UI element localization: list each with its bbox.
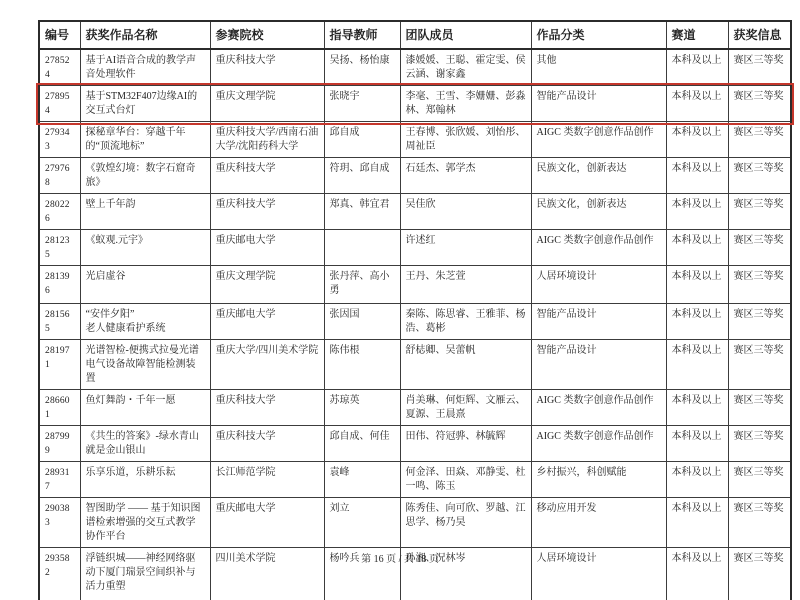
cell-track: 本科及以上	[666, 86, 728, 122]
cell-category: AIGC 类数字创意作品创作	[531, 426, 666, 462]
cell-school: 重庆邮电大学	[210, 498, 324, 548]
cell-advisor	[324, 230, 400, 266]
cell-category: AIGC 类数字创意作品创作	[531, 390, 666, 426]
cell-school: 重庆文理学院	[210, 86, 324, 122]
cell-title: 鱼灯舞韵・千年一愿	[80, 390, 210, 426]
cell-category: 民族文化，创新表达	[531, 158, 666, 194]
cell-track: 本科及以上	[666, 266, 728, 304]
table-body: 278524基于AI语音合成的教学声音处理软件重庆科技大学吴扬、杨怡康漆媛媛、王…	[39, 49, 791, 600]
cell-school: 重庆科技大学/西南石油大学/沈阳药科大学	[210, 122, 324, 158]
cell-team: 吴佳欣	[400, 194, 531, 230]
cell-award: 赛区三等奖	[728, 462, 791, 498]
header-advisor: 指导教师	[324, 21, 400, 49]
cell-award: 赛区三等奖	[728, 266, 791, 304]
cell-track: 本科及以上	[666, 462, 728, 498]
cell-advisor: 符玥、邱自成	[324, 158, 400, 194]
cell-team: 许述红	[400, 230, 531, 266]
cell-title: 光谱智检-便携式拉曼光谱电气设备故障智能检测装置	[80, 340, 210, 390]
cell-award: 赛区三等奖	[728, 426, 791, 462]
cell-title: 《蚁观.元宇》	[80, 230, 210, 266]
cell-team: 石廷杰、郭学杰	[400, 158, 531, 194]
cell-track: 本科及以上	[666, 194, 728, 230]
cell-school: 重庆科技大学	[210, 158, 324, 194]
cell-track: 本科及以上	[666, 49, 728, 86]
cell-advisor: 张晓宇	[324, 86, 400, 122]
cell-category: 人居环境设计	[531, 266, 666, 304]
cell-track: 本科及以上	[666, 304, 728, 340]
cell-school: 重庆文理学院	[210, 266, 324, 304]
cell-track: 本科及以上	[666, 340, 728, 390]
table-row: 287999《共生的答案》-绿水青山就是金山银山重庆科技大学邱自成、何佳田伟、符…	[39, 426, 791, 462]
header-track: 赛道	[666, 21, 728, 49]
cell-team: 秦陈、陈思睿、王雅菲、杨浩、葛彬	[400, 304, 531, 340]
cell-award: 赛区三等奖	[728, 122, 791, 158]
cell-advisor: 苏琼英	[324, 390, 400, 426]
table-row: 278524基于AI语音合成的教学声音处理软件重庆科技大学吴扬、杨怡康漆媛媛、王…	[39, 49, 791, 86]
cell-advisor: 袁峰	[324, 462, 400, 498]
table-row: 281971光谱智检-便携式拉曼光谱电气设备故障智能检测装置重庆大学/四川美术学…	[39, 340, 791, 390]
cell-team: 陈秀佳、向可欣、罗越、江思学、杨乃昊	[400, 498, 531, 548]
cell-team: 舒梽卿、吴蕾帆	[400, 340, 531, 390]
cell-team: 漆媛媛、王聪、霍定雯、侯云涵、谢家鑫	[400, 49, 531, 86]
cell-advisor: 陈伟根	[324, 340, 400, 390]
cell-award: 赛区三等奖	[728, 498, 791, 548]
cell-team: 李毫、王雪、李姗姗、彭淼林、郑翰林	[400, 86, 531, 122]
cell-school: 重庆邮电大学	[210, 304, 324, 340]
cell-id: 280226	[39, 194, 80, 230]
cell-award: 赛区三等奖	[728, 158, 791, 194]
cell-award: 赛区三等奖	[728, 49, 791, 86]
cell-id: 278524	[39, 49, 80, 86]
awards-table: 编号 获奖作品名称 参赛院校 指导教师 团队成员 作品分类 赛道 获奖信息 27…	[38, 20, 792, 600]
table-row: 281235《蚁观.元宇》重庆邮电大学许述红AIGC 类数字创意作品创作本科及以…	[39, 230, 791, 266]
cell-school: 重庆邮电大学	[210, 230, 324, 266]
table-row: 289317乐享乐道，乐耕乐耘长江师范学院袁峰何金泽、田焱、邓静雯、杜一鸣、陈玉…	[39, 462, 791, 498]
cell-category: 智能产品设计	[531, 340, 666, 390]
cell-title: 《敦煌幻境：数字石窟奇旅》	[80, 158, 210, 194]
cell-award: 赛区三等奖	[728, 390, 791, 426]
table-row-highlighted: 278954基于STM32F407边缘AI的交互式台灯重庆文理学院张晓宇李毫、王…	[39, 86, 791, 122]
cell-id: 289317	[39, 462, 80, 498]
cell-advisor: 邱自成、何佳	[324, 426, 400, 462]
cell-track: 本科及以上	[666, 122, 728, 158]
cell-category: 乡村振兴，科创赋能	[531, 462, 666, 498]
cell-title: 光启虚谷	[80, 266, 210, 304]
cell-id: 290383	[39, 498, 80, 548]
cell-id: 286601	[39, 390, 80, 426]
cell-category: 智能产品设计	[531, 86, 666, 122]
page-indicator: 第 16 页 / 共 18 页	[0, 550, 800, 565]
cell-title: 《共生的答案》-绿水青山就是金山银山	[80, 426, 210, 462]
cell-advisor: 邱自成	[324, 122, 400, 158]
cell-advisor: 郑真、韩宜君	[324, 194, 400, 230]
cell-team: 肖美琳、何炬辉、文雁云、夏源、王晨熹	[400, 390, 531, 426]
header-title: 获奖作品名称	[80, 21, 210, 49]
cell-award: 赛区三等奖	[728, 304, 791, 340]
document-page: 编号 获奖作品名称 参赛院校 指导教师 团队成员 作品分类 赛道 获奖信息 27…	[0, 0, 800, 600]
cell-school: 重庆科技大学	[210, 426, 324, 462]
cell-award: 赛区三等奖	[728, 340, 791, 390]
cell-team: 何金泽、田焱、邓静雯、杜一鸣、陈玉	[400, 462, 531, 498]
cell-team: 王丹、朱芝萱	[400, 266, 531, 304]
cell-school: 重庆科技大学	[210, 49, 324, 86]
cell-award: 赛区三等奖	[728, 230, 791, 266]
cell-id: 281971	[39, 340, 80, 390]
cell-title: 壁上千年韵	[80, 194, 210, 230]
table-row: 281565“安伴夕阳” 老人健康看护系统重庆邮电大学张因国秦陈、陈思睿、王雅菲…	[39, 304, 791, 340]
cell-category: 其他	[531, 49, 666, 86]
cell-advisor: 刘立	[324, 498, 400, 548]
cell-category: 智能产品设计	[531, 304, 666, 340]
cell-school: 长江师范学院	[210, 462, 324, 498]
cell-title: 基于STM32F407边缘AI的交互式台灯	[80, 86, 210, 122]
table-row: 286601鱼灯舞韵・千年一愿重庆科技大学苏琼英肖美琳、何炬辉、文雁云、夏源、王…	[39, 390, 791, 426]
cell-id: 278954	[39, 86, 80, 122]
cell-title: 探秘章华台：穿越千年的“顶流地标”	[80, 122, 210, 158]
cell-track: 本科及以上	[666, 230, 728, 266]
cell-category: 民族文化，创新表达	[531, 194, 666, 230]
cell-track: 本科及以上	[666, 426, 728, 462]
cell-team: 田伟、符冠骅、林毓辉	[400, 426, 531, 462]
cell-team: 王春博、张欣媛、刘怡彤、周祉臣	[400, 122, 531, 158]
cell-category: AIGC 类数字创意作品创作	[531, 230, 666, 266]
cell-category: 移动应用开发	[531, 498, 666, 548]
cell-school: 重庆大学/四川美术学院	[210, 340, 324, 390]
header-team: 团队成员	[400, 21, 531, 49]
table-row: 290383智图助学 —— 基于知识图谱检索增强的交互式教学协作平台重庆邮电大学…	[39, 498, 791, 548]
header-school: 参赛院校	[210, 21, 324, 49]
cell-school: 重庆科技大学	[210, 194, 324, 230]
header-category: 作品分类	[531, 21, 666, 49]
cell-advisor: 张丹萍、高小勇	[324, 266, 400, 304]
table-row: 281396光启虚谷重庆文理学院张丹萍、高小勇王丹、朱芝萱人居环境设计本科及以上…	[39, 266, 791, 304]
cell-category: AIGC 类数字创意作品创作	[531, 122, 666, 158]
table-row: 279343探秘章华台：穿越千年的“顶流地标”重庆科技大学/西南石油大学/沈阳药…	[39, 122, 791, 158]
table-row: 280226壁上千年韵重庆科技大学郑真、韩宜君吴佳欣民族文化，创新表达本科及以上…	[39, 194, 791, 230]
cell-advisor: 张因国	[324, 304, 400, 340]
table-row: 279768《敦煌幻境：数字石窟奇旅》重庆科技大学符玥、邱自成石廷杰、郭学杰民族…	[39, 158, 791, 194]
cell-award: 赛区三等奖	[728, 86, 791, 122]
cell-advisor: 吴扬、杨怡康	[324, 49, 400, 86]
cell-track: 本科及以上	[666, 158, 728, 194]
cell-track: 本科及以上	[666, 390, 728, 426]
cell-title: 乐享乐道，乐耕乐耘	[80, 462, 210, 498]
cell-title: 智图助学 —— 基于知识图谱检索增强的交互式教学协作平台	[80, 498, 210, 548]
cell-id: 281396	[39, 266, 80, 304]
table-header: 编号 获奖作品名称 参赛院校 指导教师 团队成员 作品分类 赛道 获奖信息	[39, 21, 791, 49]
cell-id: 281565	[39, 304, 80, 340]
cell-title: “安伴夕阳” 老人健康看护系统	[80, 304, 210, 340]
header-award: 获奖信息	[728, 21, 791, 49]
cell-title: 基于AI语音合成的教学声音处理软件	[80, 49, 210, 86]
cell-id: 287999	[39, 426, 80, 462]
header-row: 编号 获奖作品名称 参赛院校 指导教师 团队成员 作品分类 赛道 获奖信息	[39, 21, 791, 49]
cell-track: 本科及以上	[666, 498, 728, 548]
cell-id: 279343	[39, 122, 80, 158]
cell-school: 重庆科技大学	[210, 390, 324, 426]
header-id: 编号	[39, 21, 80, 49]
cell-id: 279768	[39, 158, 80, 194]
cell-award: 赛区三等奖	[728, 194, 791, 230]
cell-id: 281235	[39, 230, 80, 266]
